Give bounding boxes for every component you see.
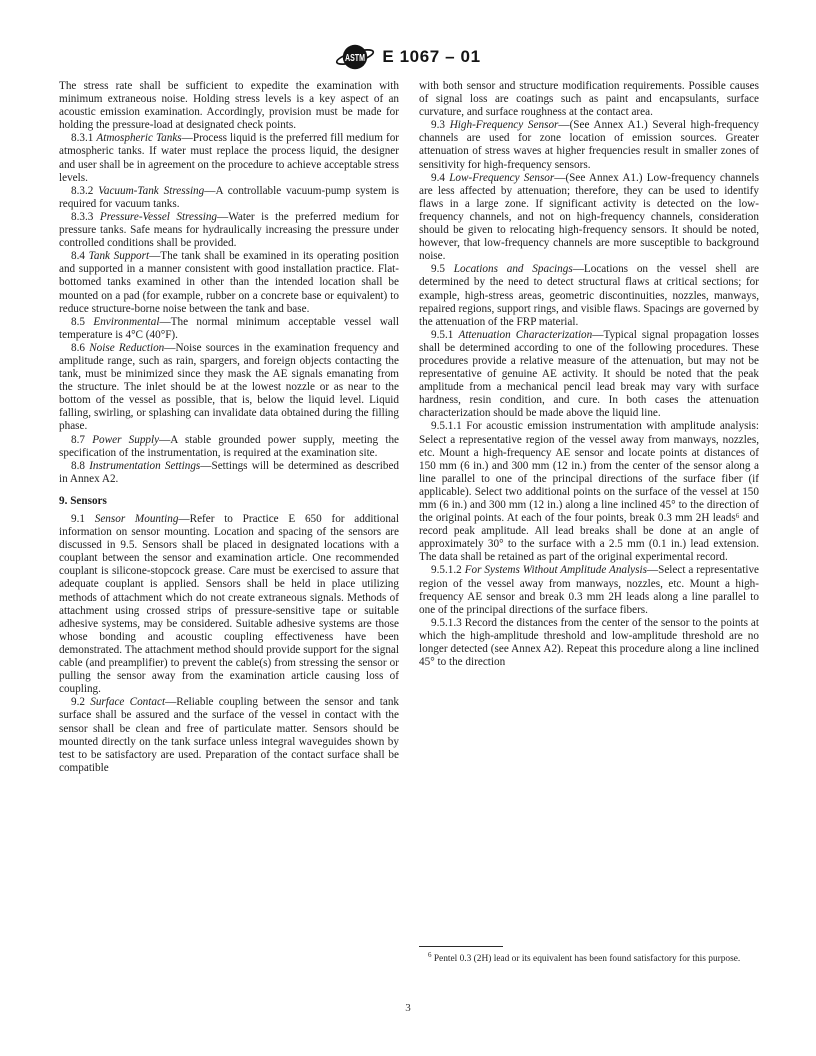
- footnote-body-text: Pentel 0.3 (2H) lead or its equivalent h…: [432, 954, 741, 964]
- paragraph-title: High-Frequency Sensor: [450, 119, 559, 131]
- footnote-rule: [419, 946, 503, 947]
- page-header: ASTM E 1067 – 01: [0, 42, 816, 72]
- paragraph: with both sensor and structure modificat…: [419, 80, 759, 119]
- standard-designation: E 1067 – 01: [382, 47, 480, 67]
- paragraph: 9.2 Surface Contact—Reliable coupling be…: [59, 696, 399, 775]
- paragraph-title: Environmental: [93, 316, 159, 328]
- page-number: 3: [0, 1002, 816, 1014]
- paragraph: 9.5.1.1 For acoustic emission instrument…: [419, 420, 759, 564]
- column-left: The stress rate shall be sufficient to e…: [59, 80, 399, 775]
- paragraph-title: Attenuation Characterization: [458, 329, 592, 341]
- paragraph-title: Atmospheric Tanks: [96, 132, 181, 144]
- paragraph: 9.5 Locations and Spacings—Locations on …: [419, 263, 759, 328]
- paragraph: 8.3.3 Pressure-Vessel Stressing—Water is…: [59, 211, 399, 250]
- paragraph-title: Instrumentation Settings: [89, 460, 200, 472]
- column-right: with both sensor and structure modificat…: [419, 80, 759, 669]
- paragraph: 9.4 Low-Frequency Sensor—(See Annex A1.)…: [419, 172, 759, 264]
- paragraph-title: Pressure-Vessel Stressing: [100, 211, 217, 223]
- paragraph-title: Noise Reduction: [89, 342, 164, 354]
- paragraph: 8.8 Instrumentation Settings—Settings wi…: [59, 460, 399, 486]
- paragraph: 9.3 High-Frequency Sensor—(See Annex A1.…: [419, 119, 759, 171]
- paragraph: 8.6 Noise Reduction—Noise sources in the…: [59, 342, 399, 434]
- paragraph-title: Locations and Spacings: [454, 263, 573, 275]
- page: ASTM E 1067 – 01 The stress rate shall b…: [0, 0, 816, 1056]
- paragraph: 8.4 Tank Support—The tank shall be exami…: [59, 250, 399, 315]
- astm-logo-icon: ASTM: [335, 42, 375, 72]
- paragraph: The stress rate shall be sufficient to e…: [59, 80, 399, 132]
- paragraph: 8.3.2 Vacuum-Tank Stressing—A controllab…: [59, 185, 399, 211]
- paragraph: 9.5.1.3 Record the distances from the ce…: [419, 617, 759, 669]
- paragraph-title: Tank Support: [89, 250, 149, 262]
- paragraph-title: Vacuum-Tank Stressing: [98, 185, 204, 197]
- paragraph: 8.5 Environmental—The normal minimum acc…: [59, 316, 399, 342]
- paragraph-title: Surface Contact: [90, 696, 165, 708]
- paragraph: 9.1 Sensor Mounting—Refer to Practice E …: [59, 513, 399, 696]
- paragraph-title: Low-Frequency Sensor: [449, 172, 554, 184]
- paragraph: 9.5.1.2 For Systems Without Amplitude An…: [419, 564, 759, 616]
- paragraph: 9.5.1 Attenuation Characterization—Typic…: [419, 329, 759, 421]
- svg-text:ASTM: ASTM: [345, 52, 365, 64]
- section-heading: 9. Sensors: [59, 495, 399, 508]
- paragraph: 8.3.1 Atmospheric Tanks—Process liquid i…: [59, 132, 399, 184]
- footnote-text: 6 Pentel 0.3 (2H) lead or its equivalent…: [419, 954, 759, 966]
- paragraph-title: Power Supply: [92, 434, 159, 446]
- footnote: 6 Pentel 0.3 (2H) lead or its equivalent…: [419, 946, 759, 966]
- paragraph: 8.7 Power Supply—A stable grounded power…: [59, 434, 399, 460]
- paragraph-title: For Systems Without Amplitude Analysis: [465, 564, 647, 576]
- paragraph-title: Sensor Mounting: [95, 513, 179, 525]
